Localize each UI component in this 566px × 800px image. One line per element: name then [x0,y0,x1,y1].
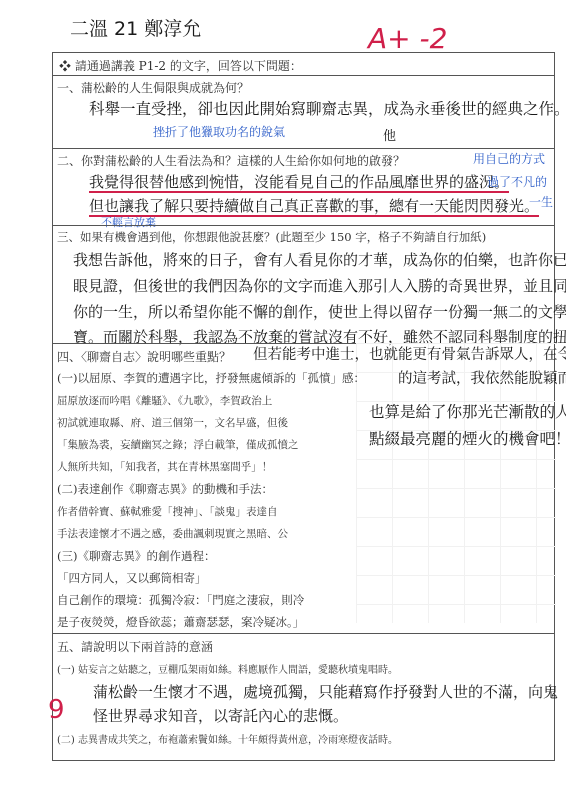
grade-mark: A+ -2 [368,22,447,55]
question-4-title: 四、〈聊齋自志〉說明哪些重點？ [57,348,231,365]
section-3-heading: (三)《聊齋志異》的創作過程： [57,548,215,564]
section-3-line-1: 「四方同人，又以郵筒相寄」 [57,570,207,586]
section-3-line-3: 是子夜熒熒，燈昏欲蕊；蕭齋瑟瑟，案冷疑冰。」 [57,614,304,630]
question-1-title: 一、蒲松齡的人生侷限與成就為何？ [57,79,249,96]
question-2-annotation-1: 用自己的方式 [473,150,545,167]
poem-2-text: (二) 志異書成共笑之，布袍蕭索鬢如絲。十年頗得黃州意，冷雨寒燈夜話時。 [57,731,398,746]
question-2-annotation-2: 過了不凡的 [487,173,547,190]
section-3-line-2: 自己創作的環境：孤獨冷寂：「門庭之淒寂，則冷 [57,592,304,608]
question-3-answer-line-3: 你的一生，所以希望你能不懈的創作，使世上得以留存一份獨一無二的文學瑰 [73,301,566,322]
worksheet-table: ❖ 請通過講義 P1-2 的文字，回答以下問題： 一、蒲松齡的人生侷限與成就為何… [52,52,555,761]
question-2-answer-text-2: 但也讓我了解只要持續做自己真正喜歡的事，總有一天能閃閃發光。 [89,197,539,217]
question-2-annotation-4: 不輕言放棄 [101,214,156,230]
section-2-line-2: 手法表達懷才不遇之感，委曲諷刺現實之黑暗、公 [57,526,288,541]
section-1-line-1: 屈原放逐而吟唱《離騷》、《九歌》，李賀政治上 [57,393,272,408]
question-3-answer-line-8: 點綴最亮麗的煙火的機會吧！ [369,427,566,449]
section-1-line-4: 人無所共知，「知我者，其在青林黑塞間乎」！ [57,459,272,474]
question-2-title: 二、你對蒲松齡的人生看法為和？這樣的人生給你如何地的啟發？ [57,152,405,169]
poem-1-text: (一) 姑妄言之姑聽之，豆棚瓜架雨如絲。料應厭作人間語，愛聽秋墳鬼唱時。 [57,661,398,676]
question-1-insert: 他 [383,125,396,144]
question-3-title: 三、如果有機會遇到他，你想跟他說甚麼？(此題至少 150 字，格子不夠請自行加紙… [57,229,486,245]
student-label: 二溫 21 鄭淳允 [70,14,201,41]
margin-score-mark: 9 [48,695,65,725]
poem-1-answer-line-2: 怪世界尋求知音，以寄託內心的悲慨。 [93,705,348,726]
section-1-heading: (一)以屈原、李賀的遭遇字比，抒發無處傾訴的「孤憤」感： [57,370,365,386]
question-3-answer-line-2: 眼見證，但後世的我們因為你的文字而進入那引人入勝的奇異世界，並且同理 [73,275,566,296]
poem-1-answer-line-1: 蒲松齡一生懷才不遇，處境孤獨，只能藉寫作抒發對人世的不滿，向鬼 [93,681,558,702]
section-2-line-1: 作者借幹寶、蘇軾雅愛「搜神」、「談鬼」表達自 [57,504,278,519]
section-1-line-3: 「集腋為裘，妄續幽冥之錄；浮白載筆，僅成孤憤之 [57,437,299,452]
section-2-heading: (二)表達創作《聊齋志異》的動機和手法： [57,481,273,497]
section-1-line-2: 初試就連取縣、府、道三個第一，文名早盛，但後 [57,415,288,430]
question-3-answer-line-7: 也算是給了你那光芒漸散的人生， [369,400,566,422]
question-3-answer-line-6: 的這考試，我依然能脫穎而出， [398,367,566,388]
question-3-answer-line-5: 但若能考中進士，也就能更有骨氣告訴眾人，在令人不屑 [253,343,566,364]
question-2-answer-line-2: 但也讓我了解只要持續做自己真正喜歡的事，總有一天能閃閃發光。 [89,195,539,216]
question-3-answer-line-1: 我想告訴他，將來的日子，會有人看見你的才華，成為你的伯樂，也許你已無法親 [73,249,566,270]
question-2-answer-text-1: 我覺得很替他感到惋惜，沒能看見自己的作品風靡世界的盛況。 [89,173,509,193]
question-2-answer-line-1: 我覺得很替他感到惋惜，沒能看見自己的作品風靡世界的盛況。 [89,171,509,192]
instructions: ❖ 請通過講義 P1-2 的文字，回答以下問題： [59,57,302,74]
question-1-annotation: 挫折了他獵取功名的銳氣 [153,123,285,140]
question-1-answer: 科舉一直受挫，卻也因此開始寫聊齋志異，成為永垂後世的經典之作。 [89,97,566,119]
question-5-title: 五、請說明以下兩首詩的意涵 [57,638,213,655]
